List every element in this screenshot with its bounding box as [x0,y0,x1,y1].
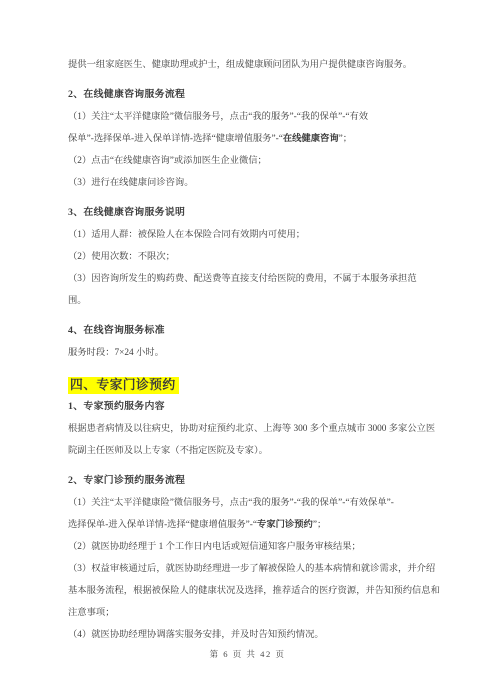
text-segment: （3）权益审核通过后，就医协助经理进一步了解被保险人的基本病情和就诊需求，并介绍 [68,564,435,574]
footer-page-number: 第 6 页 共 42 页 [0,644,495,664]
heading-tight: 1、专家预约服务内容 [68,396,443,418]
text-segment: （4）就医协助经理协调落实服务安排，并及时告知预约情况。 [68,630,324,640]
text-line: （1）关注“太平洋健康险”微信服务号，点击“我的服务”-“我的保单”-“有效保单… [68,492,443,514]
text-segment: （1）关注“太平洋健康险”微信服务号，点击“我的服务”-“我的保单”-“有效 [68,112,368,122]
text-line: 选择保单-进入保单详情-选择“健康增值服务”-“专家门诊预约”； [68,514,443,536]
text-line: 基本服务流程，根据被保险人的健康状况及选择，推荐适合的医疗资源，并告知预约信息和 [68,580,443,602]
text-segment: 注意事项； [68,608,115,618]
paragraph: （1）关注“太平洋健康险”微信服务号，点击“我的服务”-“我的保单”-“有效保单… [68,492,443,646]
text-segment: 提供一组家庭医生、健康助理或护士，组成健康顾问团队为用户提供健康咨询服务。 [68,60,412,70]
text-line: （3）权益审核通过后，就医协助经理进一步了解被保险人的基本病情和就诊需求，并介绍 [68,558,443,580]
text-line: 提供一组家庭医生、健康助理或护士，组成健康顾问团队为用户提供健康咨询服务。 [68,54,443,76]
text-segment: 四、专家门诊预约 [70,378,176,392]
text-segment: 根据患者病情及以往病史，协助对症预约北京、上海等 300 多个重点城市 3000… [68,424,435,434]
text-line: （3）因咨询所发生的购药费、配送费等直接支付给医院的费用，不属于本服务承担范 [68,268,443,290]
text-line: 四、专家门诊预约 [68,374,443,396]
text-line: （3）进行在线健康问诊咨询。 [68,172,443,194]
heading: 4、在线咨询服务标准 [68,320,443,342]
heading: 3、在线健康咨询服务说明 [68,202,443,224]
text-segment: 院副主任医师及以上专家（不指定医院及专家）。 [68,446,268,456]
text-segment: （3）因咨询所发生的购药费、配送费等直接支付给医院的费用，不属于本服务承担范 [68,274,417,284]
paragraph: （1）适用人群：被保险人在本保险合同有效期内可使用；（2）使用次数：不限次；（3… [68,224,443,312]
paragraph: 提供一组家庭医生、健康助理或护士，组成健康顾问团队为用户提供健康咨询服务。 [68,54,443,76]
text-line: 围。 [68,290,443,312]
text-line: 注意事项； [68,602,443,624]
document-page: 提供一组家庭医生、健康助理或护士，组成健康顾问团队为用户提供健康咨询服务。2、在… [0,0,495,700]
text-line: 保单”-选择保单-进入保单详情-选择“健康增值服务”-“在线健康咨询”； [68,128,443,150]
bold-text-segment: 在线健康咨询 [283,134,339,144]
text-segment: 4、在线咨询服务标准 [68,325,165,336]
highlighted-text: 四、专家门诊预约 [68,377,179,394]
text-segment: 基本服务流程，根据被保险人的健康状况及选择，推荐适合的医疗资源，并告知预约信息和 [68,586,440,596]
bold-text-segment: 专家门诊预约 [257,520,313,530]
text-line: 4、在线咨询服务标准 [68,320,443,342]
heading: 2、专家门诊预约服务流程 [68,470,443,492]
text-segment: 1、专家预约服务内容 [68,401,165,412]
text-line: （2）就医协助经理于 1 个工作日内电话或短信通知客户服务审核结果； [68,536,443,558]
text-line: 服务时段：7×24 小时。 [68,342,443,364]
text-line: 3、在线健康咨询服务说明 [68,202,443,224]
text-line: 2、在线健康咨询服务流程 [68,84,443,106]
text-segment: （3）进行在线健康问诊咨询。 [68,178,194,188]
text-segment: （1）适用人群：被保险人在本保险合同有效期内可使用； [68,230,305,240]
text-line: （2）使用次数：不限次； [68,246,443,268]
paragraph: 根据患者病情及以往病史，协助对症预约北京、上海等 300 多个重点城市 3000… [68,418,443,462]
text-segment: 3、在线健康咨询服务说明 [68,207,185,218]
text-segment: 2、专家门诊预约服务流程 [68,475,185,486]
text-line: 2、专家门诊预约服务流程 [68,470,443,492]
text-segment: 保单”-选择保单-进入保单详情-选择“健康增值服务”-“ [68,134,283,144]
text-segment: 服务时段：7×24 小时。 [68,348,164,358]
text-segment: （2）就医协助经理于 1 个工作日内电话或短信通知客户服务审核结果； [68,542,361,552]
text-line: （2）点击“在线健康咨询”或添加医生企业微信； [68,150,443,172]
heading: 2、在线健康咨询服务流程 [68,84,443,106]
text-line: （4）就医协助经理协调落实服务安排，并及时告知预约情况。 [68,624,443,646]
text-segment: 2、在线健康咨询服务流程 [68,89,185,100]
text-line: 根据患者病情及以往病史，协助对症预约北京、上海等 300 多个重点城市 3000… [68,418,443,440]
text-line: 1、专家预约服务内容 [68,396,443,418]
text-line: （1）关注“太平洋健康险”微信服务号，点击“我的服务”-“我的保单”-“有效 [68,106,443,128]
text-segment: （2）点击“在线健康咨询”或添加医生企业微信； [68,156,267,166]
text-segment: 围。 [68,296,87,306]
text-segment: ”； [339,134,352,144]
paragraph: 服务时段：7×24 小时。 [68,342,443,364]
text-line: （1）适用人群：被保险人在本保险合同有效期内可使用； [68,224,443,246]
text-segment: （1）关注“太平洋健康险”微信服务号，点击“我的服务”-“我的保单”-“有效保单… [68,498,394,508]
text-segment: （2）使用次数：不限次； [68,252,175,262]
paragraph: （1）关注“太平洋健康险”微信服务号，点击“我的服务”-“我的保单”-“有效保单… [68,106,443,194]
doc-content: 提供一组家庭医生、健康助理或护士，组成健康顾问团队为用户提供健康咨询服务。2、在… [68,54,443,646]
text-segment: ”； [313,520,326,530]
text-segment: 选择保单-进入保单详情-选择“健康增值服务”-“ [68,520,257,530]
text-line: 院副主任医师及以上专家（不指定医院及专家）。 [68,440,443,462]
heading-highlight: 四、专家门诊预约 [68,374,443,396]
